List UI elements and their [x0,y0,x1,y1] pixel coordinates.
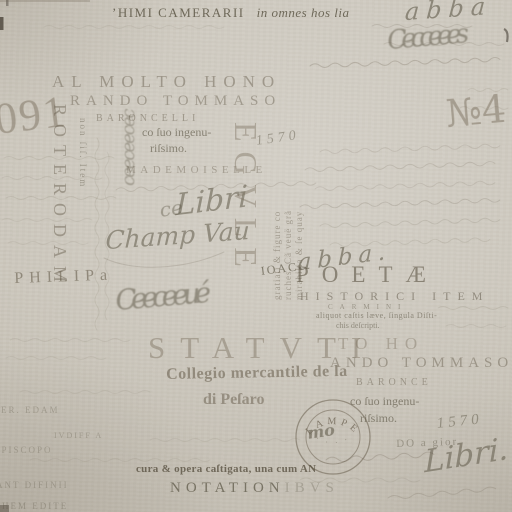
stamp-outer-circle [296,400,370,474]
edge-ink-mark [504,29,508,42]
edge-ink-mark [0,505,9,512]
edge-ink-mark [0,0,90,2]
vintage-paper-collage: ’HIMI CAMERARIIin omnes hos lia abba Cec… [0,0,512,512]
stamp-arc-bottom: · · · · [314,434,352,448]
stamp-and-marks-layer: LAMPE · · · · [0,0,512,512]
circular-stamp: LAMPE · · · · [296,400,370,474]
svg-text:· · · ·: · · · · [314,434,352,448]
edge-ink-mark [0,17,4,30]
